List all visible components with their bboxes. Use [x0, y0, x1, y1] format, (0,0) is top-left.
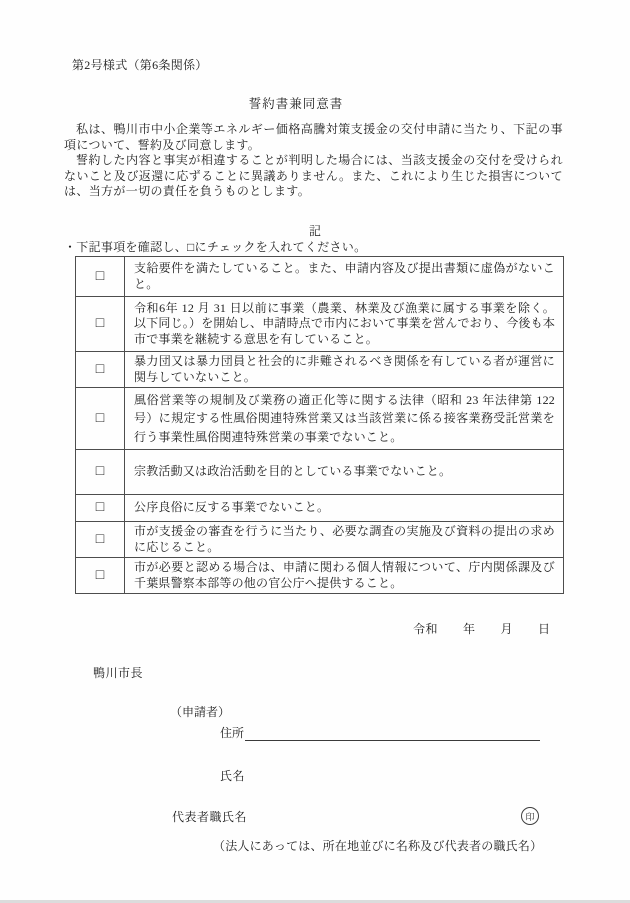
checkbox[interactable]: □: [76, 450, 125, 495]
name-label: 氏名: [220, 767, 245, 784]
seal-mark: 印: [521, 807, 539, 825]
checklist-row: □ 風俗営業等の規制及び業務の適正化等に関する法律（昭和 23 年法律第 122…: [76, 388, 564, 450]
checklist-row: □ 支給要件を満たしていること。また、申請内容及び提出書類に虚偽がないこと。: [76, 257, 564, 297]
checklist-item-text: 支給要件を満たしていること。また、申請内容及び提出書類に虚偽がないこと。: [125, 257, 564, 297]
representative-name-label: 代表者職氏名: [172, 808, 247, 825]
checklist-row: □ 市が支援金の審査を行うに当たり、必要な調査の実施及び資料の提出の求めに応じる…: [76, 522, 564, 558]
date-line: 令和 年 月 日: [413, 620, 551, 637]
checklist-row: □ 市が必要と認める場合は、申請に関わる個人情報について、庁内関係課及び千葉県警…: [76, 558, 564, 594]
notice-heading: 記: [0, 222, 630, 239]
checklist-table: □ 支給要件を満たしていること。また、申請内容及び提出書類に虚偽がないこと。 □…: [75, 256, 564, 594]
document-page: 第2号様式（第6条関係） 誓約書兼同意書 私は、鴨川市中小企業等エネルギー価格高…: [0, 0, 630, 903]
checkbox[interactable]: □: [76, 558, 125, 594]
intro-paragraphs: 私は、鴨川市中小企業等エネルギー価格高騰対策支援金の交付申請に当たり、下記の事項…: [64, 122, 563, 200]
checkbox[interactable]: □: [76, 522, 125, 558]
checklist-row: □ 公序良俗に反する事業でないこと。: [76, 495, 564, 522]
intro-paragraph-2: 誓約した内容と事実が相違することが判明した場合には、当該支援金の交付を受けられな…: [64, 153, 563, 200]
checklist-item-text: 令和6年 12 月 31 日以前に事業（農業、林業及び漁業に属する事業を除く。以…: [125, 297, 564, 352]
checklist-item-text: 風俗営業等の規制及び業務の適正化等に関する法律（昭和 23 年法律第 122 号…: [125, 388, 564, 450]
addressee: 鴨川市長: [93, 664, 143, 681]
checklist-item-text: 暴力団又は暴力団員と社会的に非難されるべき関係を有している者が運営に関与していな…: [125, 352, 564, 388]
checklist-instruction: ・下記事項を確認し、□にチェックを入れてください。: [64, 238, 366, 255]
title-wrap: 誓約書兼同意書: [0, 94, 592, 112]
checklist-item-text: 市が支援金の審査を行うに当たり、必要な調査の実施及び資料の提出の求めに応じること…: [125, 522, 564, 558]
checkbox[interactable]: □: [76, 257, 125, 297]
address-label: 住所: [220, 724, 244, 741]
seal-character: 印: [525, 810, 534, 823]
checklist-row: □ 令和6年 12 月 31 日以前に事業（農業、林業及び漁業に属する事業を除く…: [76, 297, 564, 352]
checkbox[interactable]: □: [76, 297, 125, 352]
form-number: 第2号様式（第6条関係）: [72, 57, 208, 73]
address-fill-line[interactable]: [245, 727, 540, 741]
checklist-item-text: 公序良俗に反する事業でないこと。: [125, 495, 564, 522]
corporate-note: （法人にあっては、所在地並びに名称及び代表者の職氏名）: [213, 837, 542, 854]
checkbox[interactable]: □: [76, 495, 125, 522]
address-row: 住所: [220, 724, 540, 741]
applicant-label: （申請者）: [170, 703, 230, 720]
checklist-item-text: 市が必要と認める場合は、申請に関わる個人情報について、庁内関係課及び千葉県警察本…: [125, 558, 564, 594]
document-title: 誓約書兼同意書: [0, 94, 592, 112]
checklist-row: □ 宗教活動又は政治活動を目的としている事業でないこと。: [76, 450, 564, 495]
checkbox[interactable]: □: [76, 352, 125, 388]
checkbox[interactable]: □: [76, 388, 125, 450]
checklist-row: □ 暴力団又は暴力団員と社会的に非難されるべき関係を有している者が運営に関与して…: [76, 352, 564, 388]
intro-paragraph-1: 私は、鴨川市中小企業等エネルギー価格高騰対策支援金の交付申請に当たり、下記の事項…: [64, 122, 563, 153]
checklist-item-text: 宗教活動又は政治活動を目的としている事業でないこと。: [125, 450, 564, 495]
